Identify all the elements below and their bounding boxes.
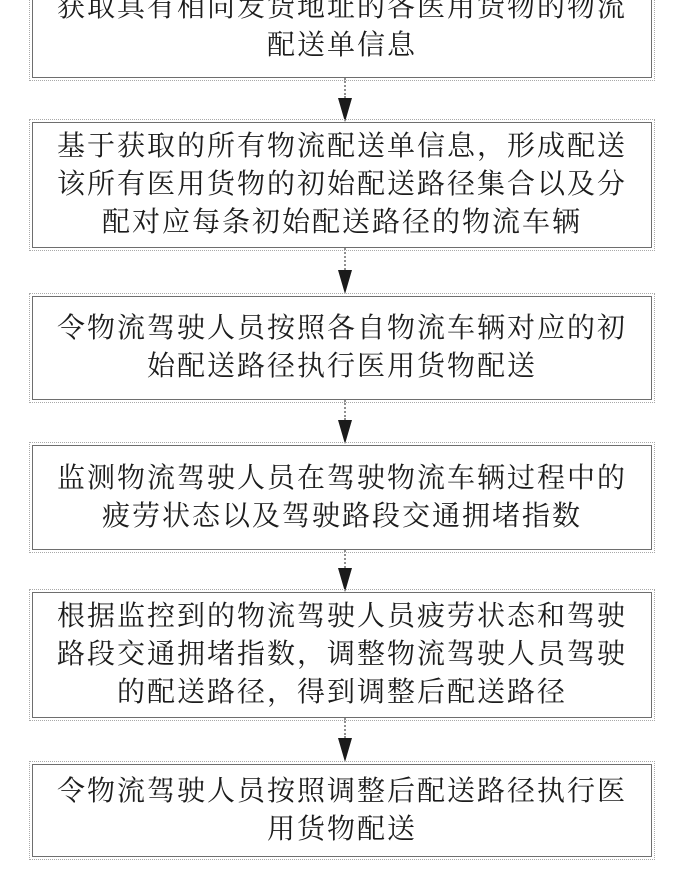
flow-step-6-box: 令物流驾驶人员按照调整后配送路径执行医 用货物配送 (32, 764, 652, 857)
down-arrow-5 (338, 718, 352, 762)
arrowhead-icon (338, 738, 352, 762)
arrow-shaft (344, 550, 346, 568)
arrow-shaft (344, 78, 346, 98)
down-arrow-2 (338, 248, 352, 294)
down-arrow-1 (338, 78, 352, 122)
down-arrow-3 (338, 400, 352, 444)
flow-step-2-text: 基于获取的所有物流配送单信息，形成配送 该所有医用货物的初始配送路径集合以及分 … (57, 128, 627, 242)
arrowhead-icon (338, 270, 352, 294)
arrowhead-icon (338, 420, 352, 444)
flow-step-5-text: 根据监控到的物流驾驶人员疲劳状态和驾驶 路段交通拥堵指数，调整物流驾驶人员驾驶 … (57, 598, 627, 712)
arrowhead-icon (338, 568, 352, 592)
flow-step-3-box: 令物流驾驶人员按照各自物流车辆对应的初 始配送路径执行医用货物配送 (32, 296, 652, 400)
arrow-shaft (344, 400, 346, 420)
flow-step-1-box: 获取具有相同发货地址的各医用货物的物流 配送单信息 (32, 0, 652, 78)
flow-step-1-text: 获取具有相同发货地址的各医用货物的物流 配送单信息 (57, 0, 627, 65)
down-arrow-4 (338, 550, 352, 592)
patent-flowchart: 获取具有相同发货地址的各医用货物的物流 配送单信息 基于获取的所有物流配送单信息… (0, 0, 693, 869)
arrow-shaft (344, 248, 346, 270)
flow-step-4-text: 监测物流驾驶人员在驾驶物流车辆过程中的 疲劳状态以及驾驶路段交通拥堵指数 (57, 460, 627, 536)
arrowhead-icon (338, 98, 352, 122)
arrow-shaft (344, 718, 346, 738)
flow-step-2-box: 基于获取的所有物流配送单信息，形成配送 该所有医用货物的初始配送路径集合以及分 … (32, 122, 652, 248)
flow-step-4-box: 监测物流驾驶人员在驾驶物流车辆过程中的 疲劳状态以及驾驶路段交通拥堵指数 (32, 445, 652, 550)
flow-step-6-text: 令物流驾驶人员按照调整后配送路径执行医 用货物配送 (57, 773, 627, 849)
flow-step-3-text: 令物流驾驶人员按照各自物流车辆对应的初 始配送路径执行医用货物配送 (57, 310, 627, 386)
flow-step-5-box: 根据监控到的物流驾驶人员疲劳状态和驾驶 路段交通拥堵指数，调整物流驾驶人员驾驶 … (32, 592, 652, 718)
